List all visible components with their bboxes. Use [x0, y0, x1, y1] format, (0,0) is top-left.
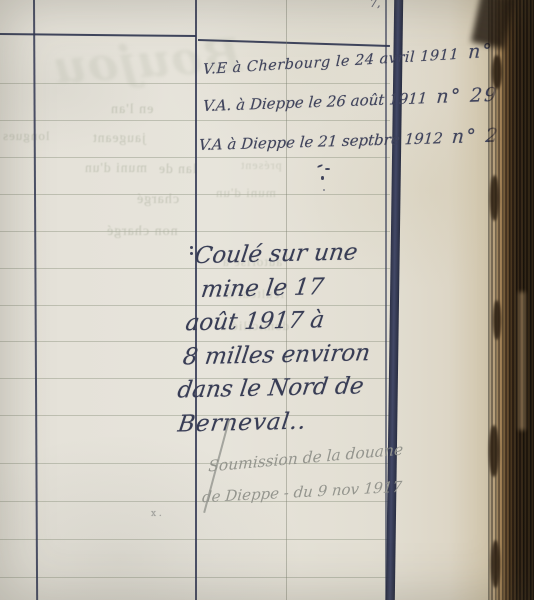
bleedthrough-word: présent: [240, 158, 282, 173]
bleedthrough-word: en l'an: [110, 102, 153, 118]
binding-blotch: [493, 300, 501, 340]
register-page-photo: Boujou en l'an longues jaugeant muni d'u…: [0, 0, 534, 600]
sinking-note-line: mine le 17: [199, 269, 381, 307]
binding-blotch: [490, 175, 499, 221]
binding-blotch: [491, 540, 500, 588]
ink-scribble: [325, 168, 330, 170]
sinking-note: Coulé sur une mine le 17 août 1917 à 8 m…: [170, 236, 386, 442]
book-binding-edge: [488, 0, 534, 600]
sinking-note-line: 8 milles environ: [181, 337, 372, 375]
bleedthrough-word: muni d'un: [84, 160, 147, 176]
binding-blotch: [492, 55, 502, 89]
bleedthrough-word: jaugeant: [92, 130, 146, 146]
stray-mark-cross: x .: [151, 509, 162, 519]
ink-dot: [190, 252, 193, 255]
bleedthrough-word: non chargé: [106, 224, 178, 240]
stray-mark-top: 7,: [370, 0, 381, 10]
ink-scribble: [321, 176, 324, 180]
ink-scribble: [323, 189, 325, 191]
sinking-note-line: Coulé sur une: [192, 236, 385, 274]
bleedthrough-word: muni d'un: [215, 185, 276, 201]
ink-dot: [190, 246, 193, 249]
sinking-note-line: août 1917 à: [183, 303, 376, 341]
bleedthrough-word: longues: [2, 128, 49, 144]
binding-blotch: [489, 425, 499, 477]
bleedthrough-word: chargé: [136, 192, 179, 208]
sinking-note-line: dans le Nord de: [175, 370, 367, 408]
sinking-note-line: Berneval..: [176, 404, 363, 442]
binding-light-streak: [519, 292, 525, 430]
bleedthrough-word: lan de: [158, 161, 197, 177]
